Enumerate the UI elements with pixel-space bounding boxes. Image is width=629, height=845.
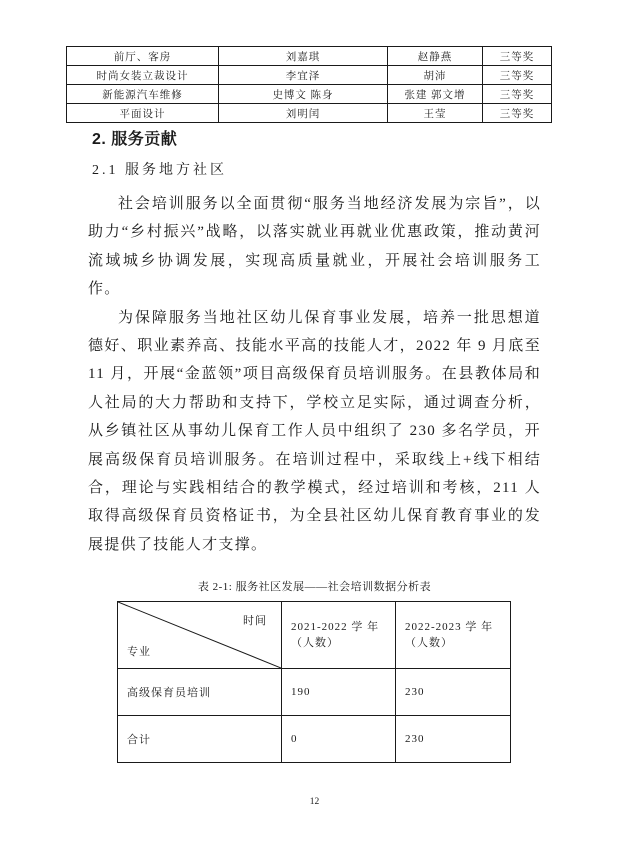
awards-table: 前厅、客房 刘嘉琪 赵静燕 三等奖 时尚女装立裁设计 李宜泽 胡沛 三等奖 新能… [66,46,552,123]
teacher-cell: 王莹 [388,104,483,123]
program-cell: 合计 [118,716,282,763]
award-cell: 三等奖 [483,85,552,104]
teacher-cell: 胡沛 [388,66,483,85]
section-heading: 2. 服务贡献 [92,126,177,149]
award-cell: 三等奖 [483,66,552,85]
teacher-cell: 张建 郭文增 [388,85,483,104]
diagonal-header-major-label: 专业 [127,643,151,659]
student-cell: 李宜泽 [219,66,388,85]
value-cell: 190 [282,669,396,716]
table-row: 前厅、客房 刘嘉琪 赵静燕 三等奖 [67,47,552,66]
value-cell: 0 [282,716,396,763]
training-table: 时间 专业 2021-2022 学 年 （人数） 2022-2023 学 年 （… [117,601,511,763]
diagonal-header-cell: 时间 专业 [118,602,282,669]
table-row: 新能源汽车维修 史博文 陈身 张建 郭文增 三等奖 [67,85,552,104]
major-cell: 平面设计 [67,104,219,123]
column-header-2021-2022: 2021-2022 学 年 （人数） [282,602,396,669]
value-cell: 230 [396,669,511,716]
value-cell: 230 [396,716,511,763]
table-row: 合计 0 230 [118,716,511,763]
major-cell: 时尚女装立裁设计 [67,66,219,85]
table-row: 时尚女装立裁设计 李宜泽 胡沛 三等奖 [67,66,552,85]
diagonal-header-time-label: 时间 [243,612,267,628]
major-cell: 新能源汽车维修 [67,85,219,104]
student-cell: 史博文 陈身 [219,85,388,104]
award-cell: 三等奖 [483,47,552,66]
student-cell: 刘嘉琪 [219,47,388,66]
table-header-row: 时间 专业 2021-2022 学 年 （人数） 2022-2023 学 年 （… [118,602,511,669]
student-cell: 刘明闰 [219,104,388,123]
column-header-line: 2021-2022 学 年 [291,619,389,635]
table-caption: 表 2-1: 服务社区发展——社会培训数据分析表 [0,578,629,594]
table-row: 平面设计 刘明闰 王莹 三等奖 [67,104,552,123]
document-page: 前厅、客房 刘嘉琪 赵静燕 三等奖 时尚女装立裁设计 李宜泽 胡沛 三等奖 新能… [0,0,629,845]
column-header-line: （人数） [405,635,504,651]
column-header-2022-2023: 2022-2023 学 年 （人数） [396,602,511,669]
paragraph: 为保障服务当地社区幼儿保育事业发展，培养一批思想道德好、职业素养高、技能水平高的… [88,304,541,560]
award-cell: 三等奖 [483,104,552,123]
major-cell: 前厅、客房 [67,47,219,66]
table-row: 高级保育员培训 190 230 [118,669,511,716]
body-text: 社会培训服务以全面贯彻“服务当地经济发展为宗旨”，以助力“乡村振兴”战略，以落实… [88,190,541,559]
column-header-line: 2022-2023 学 年 [405,619,504,635]
page-number: 12 [0,797,629,807]
paragraph: 社会培训服务以全面贯彻“服务当地经济发展为宗旨”，以助力“乡村振兴”战略，以落实… [88,190,541,304]
subsection-heading: 2.1 服务地方社区 [92,159,227,179]
teacher-cell: 赵静燕 [388,47,483,66]
program-cell: 高级保育员培训 [118,669,282,716]
column-header-line: （人数） [291,635,389,651]
